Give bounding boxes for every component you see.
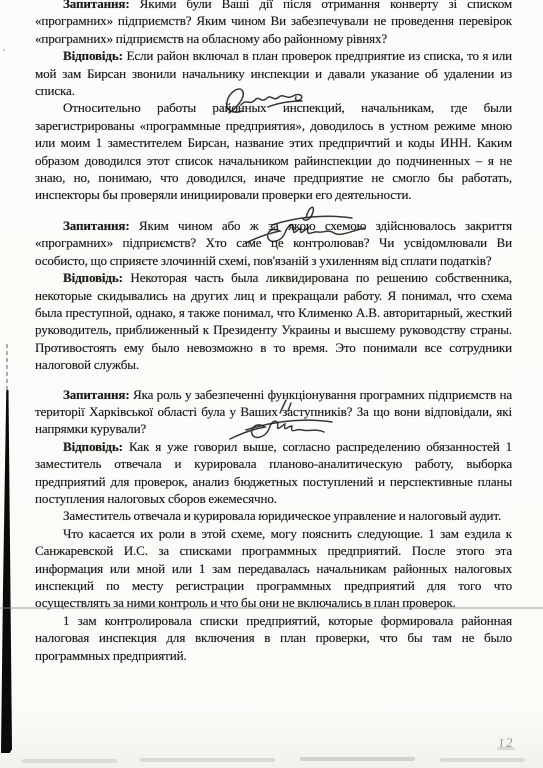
question-paragraph-3: Запитання: Яка роль у забезпеченні функц… bbox=[35, 386, 512, 438]
question-label: Запитання: bbox=[63, 387, 130, 402]
document-text-column: Запитання: Якими були Ваші дії після отр… bbox=[35, 0, 512, 664]
answer-text: Заместитель отвечала и курировала юридич… bbox=[63, 508, 501, 523]
signature-gap bbox=[35, 374, 512, 386]
scan-artifact-smudge bbox=[440, 758, 525, 762]
scan-artifact-left-black-bar bbox=[1, 390, 12, 753]
question-paragraph-1: Запитання: Якими були Ваші дії після отр… bbox=[35, 0, 512, 47]
answer-label: Відповідь: bbox=[63, 439, 123, 454]
answer-label: Відповідь: bbox=[63, 270, 123, 285]
answer-paragraph-1-cont: Относительно работы районных инспекций, … bbox=[35, 99, 512, 203]
answer-paragraph-3-cont2: Что касается их роли в этой схеме, могу … bbox=[35, 525, 512, 612]
answer-text: Относительно работы районных инспекций, … bbox=[35, 100, 512, 202]
question-label: Запитання: bbox=[63, 0, 130, 11]
answer-paragraph-1: Відповідь: Если район включал в план про… bbox=[35, 47, 512, 99]
page-number: 12 bbox=[498, 735, 515, 752]
signature-gap bbox=[35, 204, 512, 217]
scanned-document-page: Запитання: Якими були Ваші дії після отр… bbox=[0, 0, 543, 768]
scan-artifact-smudge bbox=[300, 757, 415, 761]
answer-text: 1 зам контролировала списки предприятий,… bbox=[35, 613, 512, 663]
answer-text: Некоторая часть была ликвидирована по ре… bbox=[35, 270, 512, 372]
answer-paragraph-3-cont3: 1 зам контролировала списки предприятий,… bbox=[35, 612, 512, 664]
answer-paragraph-3-cont: Заместитель отвечала и курировала юридич… bbox=[35, 507, 512, 524]
scan-artifact-left-dotted-line bbox=[6, 344, 8, 396]
answer-paragraph-2: Відповідь: Некоторая часть была ликвидир… bbox=[35, 269, 512, 373]
scan-artifact-smudge bbox=[22, 759, 117, 763]
scan-artifact-smudge bbox=[140, 758, 275, 762]
scan-artifact-tick: ' bbox=[3, 48, 5, 59]
question-paragraph-2: Запитання: Яким чином або ж за якою схем… bbox=[35, 217, 512, 269]
answer-text: Что касается их роли в этой схеме, могу … bbox=[35, 526, 512, 611]
answer-label: Відповідь: bbox=[63, 48, 123, 63]
question-label: Запитання: bbox=[63, 218, 130, 233]
answer-paragraph-3: Відповідь: Как я уже говорил выше, согла… bbox=[35, 438, 512, 508]
